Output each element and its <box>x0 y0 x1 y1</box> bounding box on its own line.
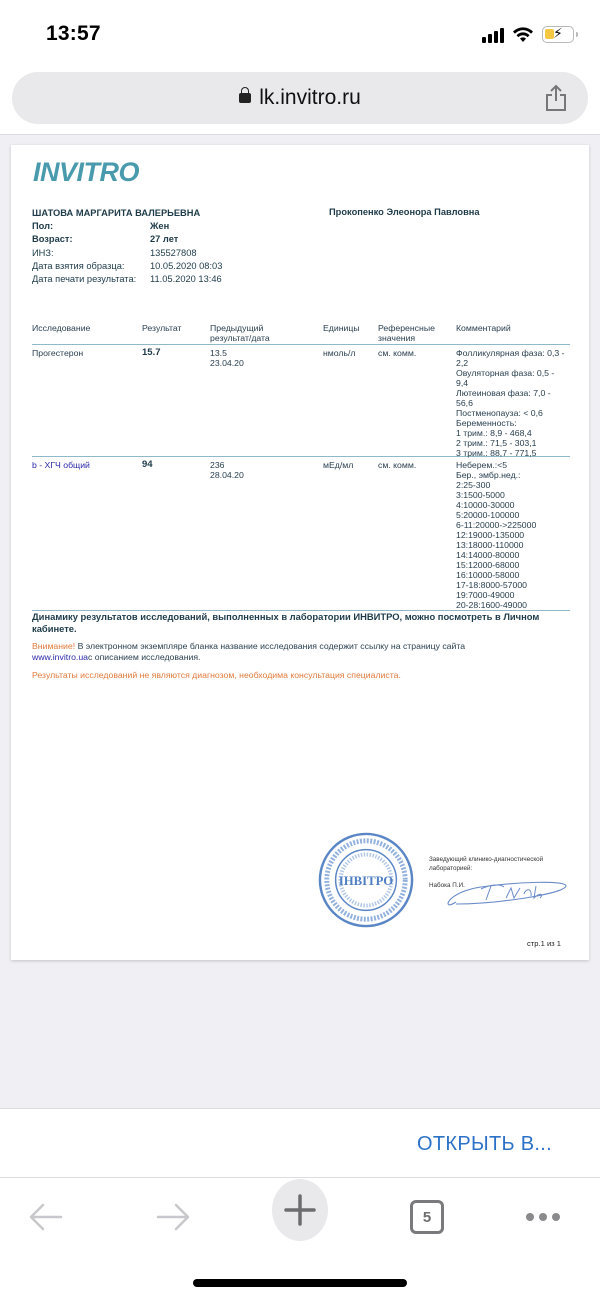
tabs-count-icon: 5 <box>410 1200 444 1234</box>
info-row-sex: Пол:Жен <box>32 220 222 233</box>
header-comment: Комментарий <box>456 323 511 333</box>
table-row: b - ХГЧ общий 94 236 28.04.20 мЕд/мл см.… <box>32 457 570 611</box>
patient-info: ШАТОВА МАРГАРИТА ВАЛЕРЬЕВНА Пол:Жен Возр… <box>32 207 222 286</box>
header-reference: Референсные значения <box>378 323 446 343</box>
info-row-inz: ИНЗ:135527808 <box>32 247 222 260</box>
document-viewer[interactable]: INVITRO ШАТОВА МАРГАРИТА ВАЛЕРЬЕВНА Пол:… <box>0 134 600 1108</box>
comment: Неберем.:<5 Бер., эмбр.нед.: 2:25-300 3:… <box>456 460 568 610</box>
comment: Фолликулярная фаза: 0,3 - 2,2 Овуляторна… <box>456 348 568 458</box>
result-value: 94 <box>142 460 153 470</box>
lock-icon <box>239 93 251 103</box>
invitro-logo: INVITRO <box>33 157 139 188</box>
arrow-right-icon <box>155 1202 191 1232</box>
browser-toolbar: 5 <box>0 1179 600 1297</box>
header-result: Результат <box>142 323 182 333</box>
warning-note: Внимание! В электронном экземпляре бланк… <box>32 641 572 663</box>
study-name[interactable]: Прогестерон <box>32 348 83 358</box>
units: нмоль/л <box>323 348 356 358</box>
plus-icon <box>283 1193 317 1227</box>
tabs-button[interactable]: 5 <box>399 1189 455 1245</box>
signal-icon <box>482 27 504 43</box>
info-row-age: Возраст:27 лет <box>32 233 222 246</box>
study-name[interactable]: b - ХГЧ общий <box>32 460 90 470</box>
reference: см. комм. <box>378 460 416 470</box>
site-link[interactable]: www.invitro.ua <box>32 652 88 662</box>
signature-title: Заведующий клинико-диагностической лабор… <box>429 855 569 873</box>
table-row: Прогестерон 15.7 13.5 23.04.20 нмоль/л с… <box>32 345 570 457</box>
header-study: Исследование <box>32 323 90 333</box>
doctor-name: Прокопенко Элеонора Павловна <box>329 207 480 217</box>
page-number: стр.1 из 1 <box>527 939 561 948</box>
status-icons: ⚡ <box>482 26 574 43</box>
lab-stamp-icon: ІНВІТРО <box>317 831 415 929</box>
svg-text:ІНВІТРО: ІНВІТРО <box>339 874 394 888</box>
more-dots-icon <box>526 1213 560 1221</box>
new-tab-button[interactable] <box>272 1179 328 1241</box>
share-icon[interactable] <box>544 84 568 112</box>
arrow-left-icon <box>28 1202 64 1232</box>
url-text: lk.invitro.ru <box>259 86 361 109</box>
units: мЕд/мл <box>323 460 353 470</box>
pdf-page: INVITRO ШАТОВА МАРГАРИТА ВАЛЕРЬЕВНА Пол:… <box>11 145 589 960</box>
reference: см. комм. <box>378 348 416 358</box>
dynamics-note: Динамику результатов исследований, выпол… <box>32 611 572 634</box>
status-time: 13:57 <box>46 22 101 46</box>
header-units: Единицы <box>323 323 360 333</box>
previous-result: 13.5 23.04.20 <box>210 348 244 368</box>
warning-label: Внимание! <box>32 641 75 651</box>
previous-result: 236 28.04.20 <box>210 460 244 480</box>
status-bar: 13:57 ⚡ <box>0 0 600 70</box>
back-button[interactable] <box>18 1189 74 1245</box>
result-value: 15.7 <box>142 348 161 358</box>
results-table: Исследование Результат Предыдущий резуль… <box>32 321 570 611</box>
more-button[interactable] <box>515 1189 571 1245</box>
address-bar[interactable]: lk.invitro.ru <box>12 72 588 124</box>
patient-name: ШАТОВА МАРГАРИТА ВАЛЕРЬЕВНА <box>32 207 222 220</box>
header-previous: Предыдущий результат/дата <box>210 323 300 343</box>
battery-charging-icon: ⚡ <box>542 26 574 43</box>
home-indicator[interactable] <box>193 1279 407 1287</box>
info-row-print-date: Дата печати результата:11.05.2020 13:46 <box>32 273 222 286</box>
open-in-button[interactable]: ОТКРЫТЬ В... <box>417 1133 552 1156</box>
table-header: Исследование Результат Предыдущий резуль… <box>32 321 570 345</box>
info-row-sample-date: Дата взятия образца:10.05.2020 08:03 <box>32 260 222 273</box>
open-in-bar: ОТКРЫТЬ В... <box>0 1108 600 1178</box>
signature-icon <box>436 872 571 914</box>
notes: Динамику результатов исследований, выпол… <box>32 611 572 680</box>
wifi-icon <box>512 27 534 43</box>
url-display[interactable]: lk.invitro.ru <box>12 86 588 110</box>
disclaimer: Результаты исследований не являются диаг… <box>32 670 572 680</box>
forward-button[interactable] <box>145 1189 201 1245</box>
